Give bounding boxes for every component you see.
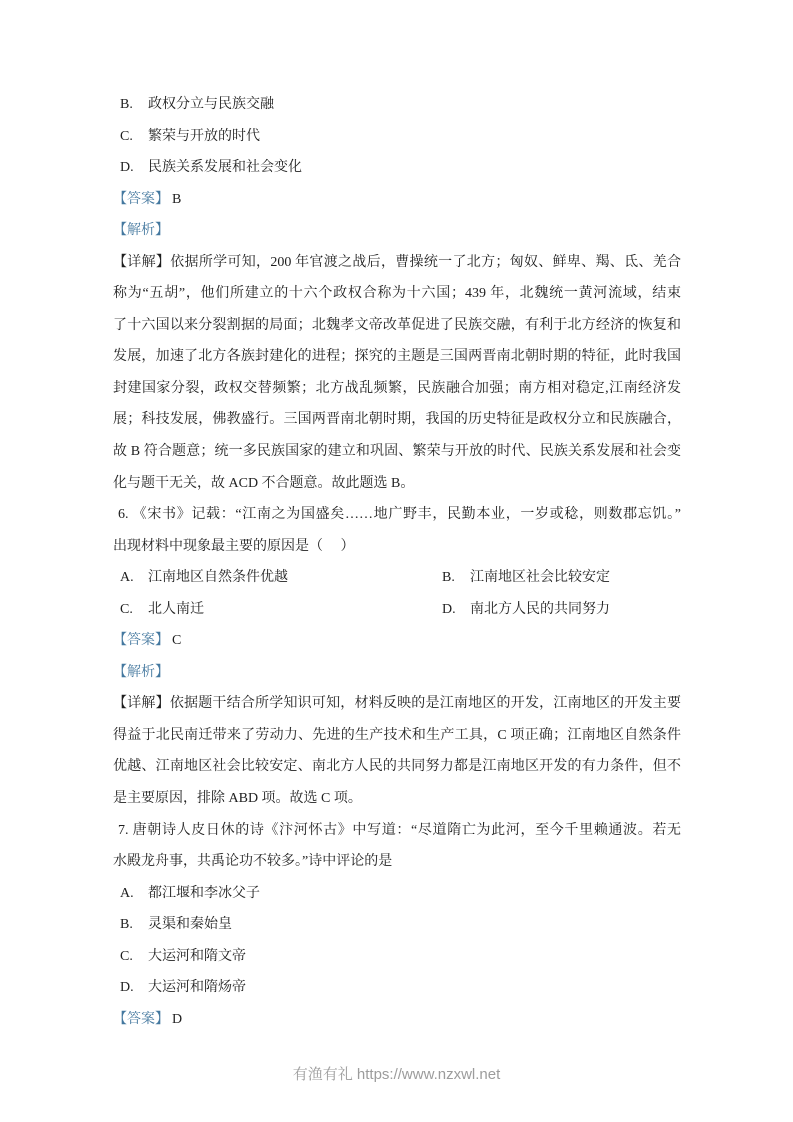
- option-letter: A.: [120, 878, 148, 910]
- q6-option-row-ab: A.江南地区自然条件优越 B.江南地区社会比较安定: [113, 562, 681, 594]
- q7-option-d: D.大运河和隋炀帝: [113, 972, 681, 1004]
- option-text: 大运河和隋炀帝: [148, 980, 246, 995]
- q5-detail-line: 故 B 符合题意；统一多民族国家的建立和巩固、繁荣与开放的时代、民族关系发展和社…: [113, 436, 681, 468]
- option-letter: C.: [120, 121, 148, 153]
- answer-value: D: [172, 1012, 182, 1027]
- q6-stem-line: 6. 《宋书》记载：“江南之为国盛矣……地广野丰，民勤本业，一岁或稔，则数郡忘饥…: [113, 499, 681, 531]
- option-text: 大运河和隋文帝: [148, 949, 246, 964]
- q7-stem-line: 水殿龙舟事，共禹论功不较多。”诗中评论的是: [113, 846, 681, 878]
- q6-detail-line: 得益于北民南迁带来了劳动力、先进的生产技术和生产工具，C 项正确；江南地区自然条…: [113, 720, 681, 752]
- answer-label: 【答案】: [113, 1012, 169, 1027]
- watermark-footer: 有渔有礼 https://www.nzxwl.net: [0, 1063, 793, 1084]
- answer-value: C: [172, 633, 181, 648]
- q6-answer-line: 【答案】C: [113, 625, 681, 657]
- exam-document-page: B.政权分立与民族交融 C.繁荣与开放的时代 D.民族关系发展和社会变化 【答案…: [0, 0, 793, 1122]
- option-letter: B.: [442, 562, 470, 594]
- q6-option-row-cd: C.北人南迁 D.南北方人民的共同努力: [113, 594, 681, 626]
- option-text: 江南地区社会比较安定: [470, 570, 610, 585]
- q6-stem-line: 出现材料中现象最主要的原因是（ ）: [113, 531, 681, 563]
- q5-detail-line: 称为“五胡”，他们所建立的十六个政权合称为十六国；439 年，北魏统一黄河流域，…: [113, 278, 681, 310]
- option-letter: B.: [120, 909, 148, 941]
- option-letter: D.: [120, 972, 148, 1004]
- option-letter: D.: [120, 152, 148, 184]
- q5-option-b: B.政权分立与民族交融: [113, 89, 681, 121]
- q7-option-a: A.都江堰和李冰父子: [113, 878, 681, 910]
- answer-label: 【答案】: [113, 633, 169, 648]
- option-text: 都江堰和李冰父子: [148, 886, 260, 901]
- q5-detail-line: 封建国家分裂，政权交替频繁；北方战乱频繁，民族融合加强；南方相对稳定,江南经济发: [113, 373, 681, 405]
- q6-analysis-line: 【解析】: [113, 657, 681, 689]
- q6-option-d: D.南北方人民的共同努力: [442, 594, 610, 626]
- q5-analysis-line: 【解析】: [113, 215, 681, 247]
- q7-answer-line: 【答案】D: [113, 1004, 681, 1036]
- answer-label: 【答案】: [113, 192, 169, 207]
- q6-detail-line: 【详解】依据题干结合所学知识可知，材料反映的是江南地区的开发，江南地区的开发主要: [113, 688, 681, 720]
- option-text: 繁荣与开放的时代: [148, 129, 260, 144]
- q6-option-a: A.江南地区自然条件优越: [120, 570, 288, 585]
- option-text: 南北方人民的共同努力: [470, 602, 610, 617]
- q6-detail-line-last: 是主要原因，排除 ABD 项。故选 C 项。: [113, 783, 681, 815]
- option-text: 北人南迁: [148, 602, 204, 617]
- q5-detail-line: 发展，加速了北方各族封建化的进程；探究的主题是三国两晋南北朝时期的特征，此时我国: [113, 341, 681, 373]
- answer-value: B: [172, 192, 181, 207]
- option-letter: D.: [442, 594, 470, 626]
- q5-option-c: C.繁荣与开放的时代: [113, 121, 681, 153]
- analysis-label: 【解析】: [113, 665, 169, 680]
- q6-detail-line: 优越、江南地区社会比较安定、南北方人民的共同努力都是江南地区开发的有力条件，但不: [113, 751, 681, 783]
- q5-option-d: D.民族关系发展和社会变化: [113, 152, 681, 184]
- q7-option-c: C.大运河和隋文帝: [113, 941, 681, 973]
- q7-option-b: B.灵渠和秦始皇: [113, 909, 681, 941]
- analysis-label: 【解析】: [113, 223, 169, 238]
- option-text: 江南地区自然条件优越: [148, 570, 288, 585]
- q7-stem-line: 7. 唐朝诗人皮日休的诗《汴河怀古》中写道：“尽道隋亡为此河，至今千里赖通波。若…: [113, 815, 681, 847]
- document-body: B.政权分立与民族交融 C.繁荣与开放的时代 D.民族关系发展和社会变化 【答案…: [113, 89, 681, 1035]
- q6-option-c: C.北人南迁: [120, 602, 204, 617]
- option-text: 政权分立与民族交融: [148, 97, 274, 112]
- option-text: 民族关系发展和社会变化: [148, 160, 302, 175]
- q5-answer-line: 【答案】B: [113, 184, 681, 216]
- q6-option-b: B.江南地区社会比较安定: [442, 562, 610, 594]
- q5-detail-line: 了十六国以来分裂割据的局面；北魏孝文帝改革促进了民族交融，有利于北方经济的恢复和: [113, 310, 681, 342]
- option-letter: C.: [120, 941, 148, 973]
- q5-detail-line-last: 化与题干无关，故 ACD 不合题意。故此题选 B。: [113, 468, 681, 500]
- q5-detail-line: 【详解】依据所学可知，200 年官渡之战后，曹操统一了北方；匈奴、鲜卑、羯、氐、…: [113, 247, 681, 279]
- q5-detail-line: 展；科技发展，佛教盛行。三国两晋南北朝时期，我国的历史特征是政权分立和民族融合，: [113, 404, 681, 436]
- option-text: 灵渠和秦始皇: [148, 917, 232, 932]
- option-letter: B.: [120, 89, 148, 121]
- option-letter: C.: [120, 594, 148, 626]
- option-letter: A.: [120, 562, 148, 594]
